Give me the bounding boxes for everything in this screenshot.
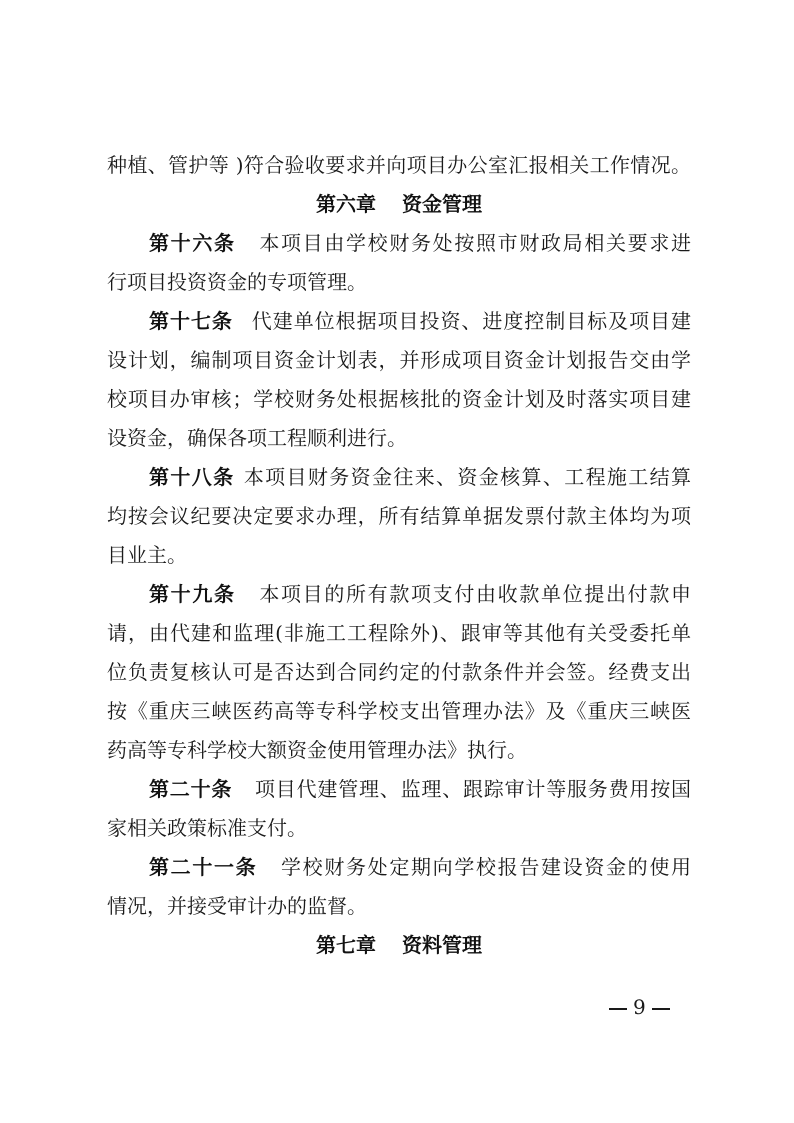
dash-left bbox=[609, 1008, 627, 1010]
article-text-line: 均按会议纪要决定要求办理，所有结算单据发票付款主体均为项 bbox=[107, 497, 691, 536]
article-paragraph: 第二十一条学校财务处定期向学校报告建设资金的使用 bbox=[149, 848, 691, 887]
article-text-line: 家相关政策标准支付。 bbox=[107, 809, 691, 848]
article-text: 学校财务处定期向学校报告建设资金的使用 bbox=[279, 855, 691, 879]
chapter-title: 资料管理 bbox=[402, 933, 482, 957]
article-text-line: 位负责复核认可是否达到合同约定的付款条件并会签。经费支出 bbox=[107, 653, 691, 692]
chapter-heading: 第六章资金管理 bbox=[107, 185, 691, 224]
article-label: 第十九条 bbox=[149, 582, 236, 606]
article-paragraph: 第十八条本项目财务资金往来、资金核算、工程施工结算 bbox=[149, 458, 691, 497]
article-label: 第二十条 bbox=[149, 777, 232, 801]
article-label: 第十八条 bbox=[149, 465, 234, 489]
article-text-line: 设资金，确保各项工程顺利进行。 bbox=[107, 419, 691, 458]
continuation-paragraph: 种植、管护等 )符合验收要求并向项目办公室汇报相关工作情况。 bbox=[107, 146, 691, 185]
article-text: 本项目财务资金往来、资金核算、工程施工结算 bbox=[242, 465, 691, 489]
dash-right bbox=[652, 1008, 670, 1010]
chapter-heading: 第七章资料管理 bbox=[107, 926, 691, 965]
chapter-title: 资金管理 bbox=[402, 192, 482, 216]
article-text-line: 设计划，编制项目资金计划表，并形成项目资金计划报告交由学 bbox=[107, 341, 691, 380]
article-text: 本项目由学校财务处按照市财政局相关要求进 bbox=[258, 231, 691, 255]
article-text-line: 情况，并接受审计办的监督。 bbox=[107, 887, 691, 926]
article-label: 第十六条 bbox=[149, 231, 236, 255]
article-text: 项目代建管理、监理、跟踪审计等服务费用按国 bbox=[254, 777, 691, 801]
article-text-line: 行项目投资资金的专项管理。 bbox=[107, 263, 691, 302]
chapter-number: 第七章 bbox=[316, 933, 376, 957]
article-label: 第二十一条 bbox=[149, 855, 257, 879]
article-paragraph: 第十九条本项目的所有款项支付由收款单位提出付款申 bbox=[149, 575, 691, 614]
article-paragraph: 第十七条代建单位根据项目投资、进度控制目标及项目建 bbox=[149, 302, 691, 341]
page-number: 9 bbox=[603, 995, 676, 1019]
page-number-value: 9 bbox=[633, 995, 646, 1019]
article-text-line: 请，由代建和监理(非施工工程除外)、跟审等其他有关受委托单 bbox=[107, 614, 691, 653]
article-text-line: 按《重庆三峡医药高等专科学校支出管理办法》及《重庆三峡医 bbox=[107, 692, 691, 731]
article-text: 本项目的所有款项支付由收款单位提出付款申 bbox=[258, 582, 691, 606]
article-paragraph: 第二十条项目代建管理、监理、跟踪审计等服务费用按国 bbox=[149, 770, 691, 809]
article-label: 第十七条 bbox=[149, 309, 233, 333]
article-text: 代建单位根据项目投资、进度控制目标及项目建 bbox=[251, 309, 691, 333]
article-text-line: 目业主。 bbox=[107, 536, 691, 575]
article-text-line: 药高等专科学校大额资金使用管理办法》执行。 bbox=[107, 731, 691, 770]
chapter-number: 第六章 bbox=[316, 192, 376, 216]
article-text-line: 校项目办审核；学校财务处根据核批的资金计划及时落实项目建 bbox=[107, 380, 691, 419]
article-paragraph: 第十六条本项目由学校财务处按照市财政局相关要求进 bbox=[149, 224, 691, 263]
